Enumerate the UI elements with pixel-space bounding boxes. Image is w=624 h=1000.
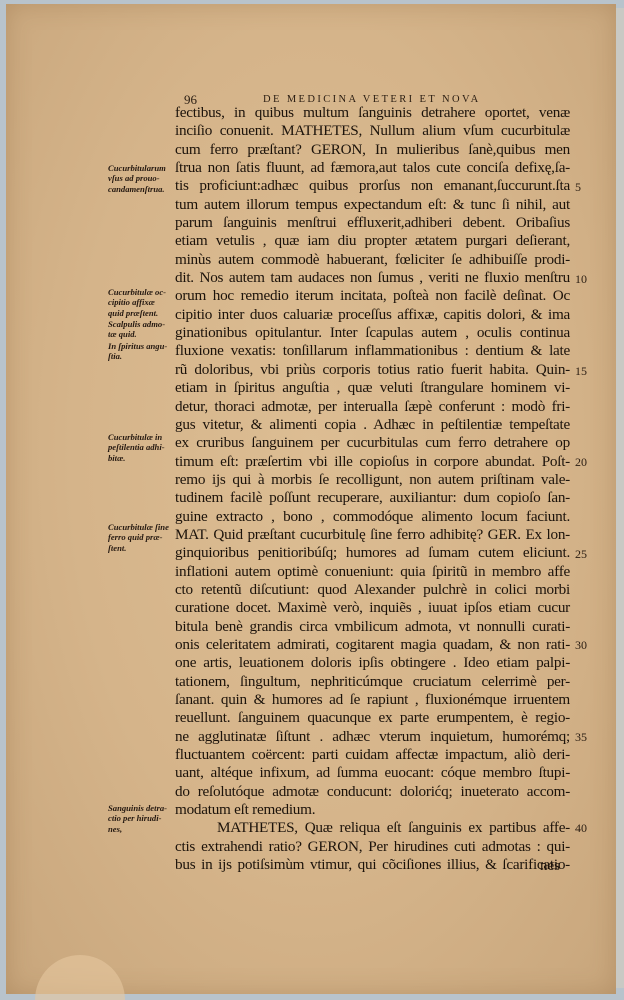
margin-note-line: bitæ. [108,453,176,463]
text-line: inflationi autem optimè conueniunt: quia… [175,563,570,581]
text-line: cum ferro præſtant? GERON, In mulieribus… [175,141,570,159]
line-number: 15 [575,364,587,379]
line-number: 30 [575,638,587,653]
text-line: tum autem illorum tempus expectandum eſt… [175,196,570,214]
text-line: curatione docet. Maximè verò, inquiẽs , … [175,599,570,617]
text-line: etiam vetulis , quæ iam diu propter ætat… [175,232,570,250]
text-line: fectibus, in quibus multum ſanguinis det… [175,104,570,122]
margin-note-line: Cucurbitularum [108,163,176,173]
text-line: parum ſanguinis menſtrui effluxerit,adhi… [175,214,570,232]
margin-note-line: Cucurbitulæ in [108,432,176,442]
margin-note-line: Scalpulis admo- [108,319,176,329]
text-line: modatum eſt remedium. [175,801,570,819]
text-line: ginationibus opitulantur. Inter ſcapulas… [175,324,570,342]
text-line: do reſolutóque admotæ conducunt: dolorić… [175,783,570,801]
text-line: ne agglutinatæ ſiſtunt . adhæc vterum in… [175,728,570,746]
margin-note-line: quid præſtent. [108,308,176,318]
text-line: uant, altéque infixum, ad ſumma euocant:… [175,764,570,782]
text-line: bus in ijs potiſsimùm vtimur, qui cõciſi… [175,856,570,874]
margin-note-line: ferro quid præ- [108,532,176,542]
margin-note-line: Cucurbitulæ oc- [108,287,176,297]
text-line: fluxione vexatis: tonſillarum inflammati… [175,342,570,360]
text-line: etiam in ſpiritus anguſtia , quæ veluti … [175,379,570,397]
line-number: 5 [575,180,581,195]
text-line: timum eſt: præſertim vbi ille copioſus i… [175,453,570,471]
margin-note-line: Cucurbitulæ ſine [108,522,176,532]
text-line: fluctuantem coërcent: parti cuidam affec… [175,746,570,764]
text-line: MATHETES, Quæ reliqua eſt ſanguinis ex p… [175,819,570,837]
text-line: ſtrua non ſatis fluunt, ad fæmora,aut ta… [175,159,570,177]
margin-note: Cucurbitulæ in peſtilentia adhi- bitæ. [108,432,176,463]
line-number: 25 [575,547,587,562]
margin-note-line: ſtia. [108,351,176,361]
line-number: 10 [575,272,587,287]
margin-note: Cucurbitulæ oc- cipitio affixæ quid præſ… [108,287,176,318]
text-line: ex cruribus ſanguinem per cucurbitulas c… [175,434,570,452]
text-line: reuellunt. ſanguinem quacunque ex parte … [175,709,570,727]
text-line: onis celeritatem admirati, cogitarent ma… [175,636,570,654]
margin-note-line: tæ quid. [108,329,176,339]
text-line: detur, thoraci admotæ, per interualla ſæ… [175,398,570,416]
margin-note-line: vſus ad prouo- [108,173,176,183]
text-line: inciſio conuenit. MATHETES, Nullum alium… [175,122,570,140]
text-line: bitula benè grandis circa vmbilicum admo… [175,618,570,636]
margin-note-line: In ſpiritus angu- [108,341,176,351]
text-line: tationem, ſingultum, nephriticúmque cruc… [175,673,570,691]
scan-border [616,8,624,988]
text-line: one artis, leuationem doloris ipſis obti… [175,654,570,672]
text-line: dit. Nos autem tam audaces non ſumus , v… [175,269,570,287]
text-line: ſanant. quin & humores ad ſe rapiunt , f… [175,691,570,709]
margin-note-line: candamenſtrua. [108,184,176,194]
margin-note: In ſpiritus angu- ſtia. [108,341,176,362]
line-number: 20 [575,455,587,470]
text-line: ginquioribus penitioribúſq; humores ad ſ… [175,544,570,562]
margin-note-line: Sanguinis detra- [108,803,176,813]
margin-note-line: ctio per hirudi- [108,813,176,823]
text-line: orum hoc remedio iterum incitata, poſteà… [175,287,570,305]
margin-note-line: ſtent. [108,543,176,553]
margin-note: Cucurbitularum vſus ad prouo- candamenſt… [108,163,176,194]
text-line: MAT. Quid præſtant cucurbitulę ſine ferr… [175,526,570,544]
text-line: cipitio inter duos caluariæ proceſſus af… [175,306,570,324]
main-text-block: fectibus, in quibus multum ſanguinis det… [175,104,570,874]
text-line: minùs autem commodè habuerant, fœliciter… [175,251,570,269]
margin-note-line: cipitio affixæ [108,297,176,307]
text-line: tudinem facilè poſſunt recuperare, auxil… [175,489,570,507]
margin-note: Sanguinis detra- ctio per hirudi- nes, [108,803,176,834]
margin-note-line: nes, [108,824,176,834]
line-number: 40 [575,821,587,836]
text-line: remo ijs qui à morbis ſe recolligunt, no… [175,471,570,489]
text-line: tis proficiunt:adhæc quibus prorſus non … [175,177,570,195]
text-line: gus vitetur, & alimenti copia . Adhæc in… [175,416,570,434]
text-line: cto retentũ diſcutiunt: quod Alexander p… [175,581,570,599]
line-number: 35 [575,730,587,745]
text-line: guine extracto , bono , commodóque alime… [175,508,570,526]
text-line: rũ doloribus, vbi priùs corporis totius … [175,361,570,379]
margin-note: Scalpulis admo- tæ quid. [108,319,176,340]
margin-note-line: peſtilentia adhi- [108,442,176,452]
text-line: ctis extrahendi ratio? GERON, Per hirudi… [175,838,570,856]
catchword: nes [540,858,560,875]
margin-note: Cucurbitulæ ſine ferro quid præ- ſtent. [108,522,176,553]
